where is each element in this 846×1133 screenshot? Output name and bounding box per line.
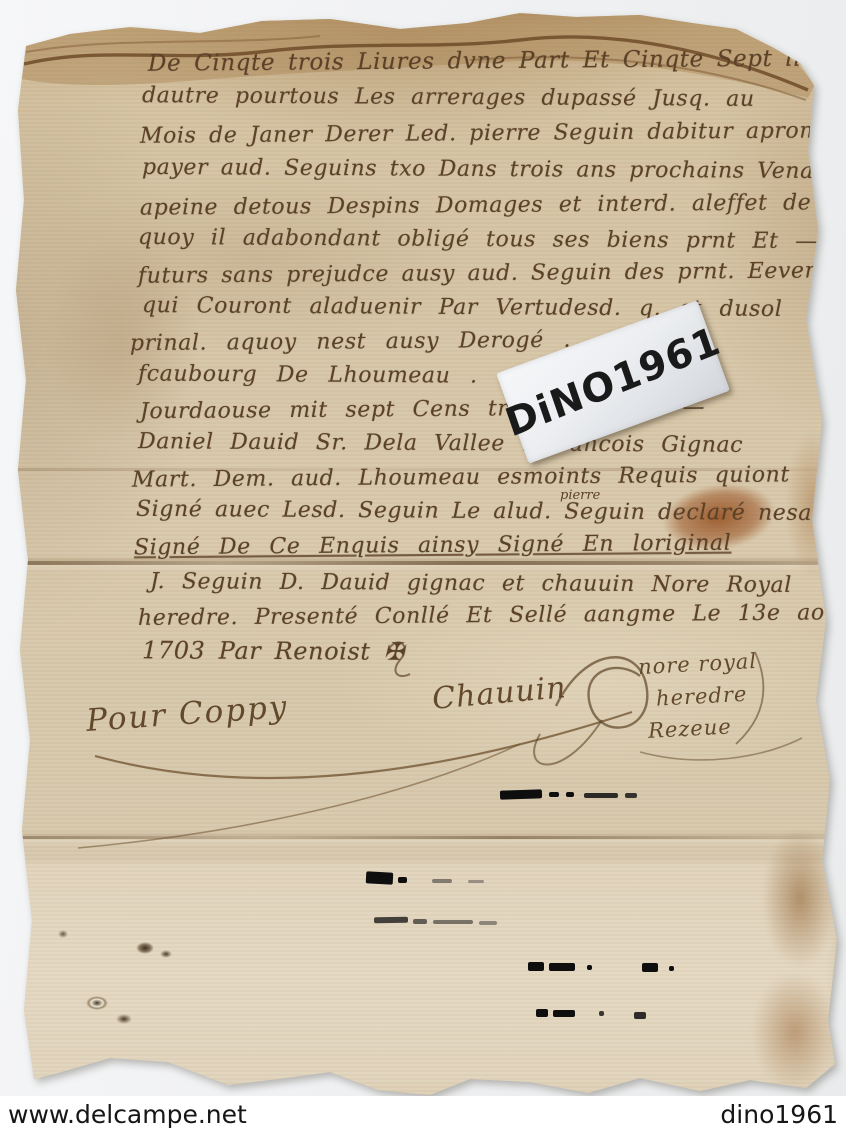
manuscript-line: De Cinqte trois Liures dvne Part Et Cinq… — [148, 47, 846, 76]
paper-shadow-wrap: De Cinqte trois Liures dvne Part Et Cinq… — [0, 0, 846, 1133]
manuscript-line: heredre. Presenté Conllé Et Sellé aangme… — [138, 602, 846, 630]
watermark-site-text: www.delcampe.net — [8, 1100, 247, 1129]
manuscript-line: Signé De Ce Enquis ainsy Signé En lorigi… — [134, 533, 732, 560]
photo-background: De Cinqte trois Liures dvne Part Et Cinq… — [0, 0, 846, 1133]
manuscript-line: Mois de Janer Derer Led. pierre Seguin d… — [140, 120, 840, 147]
document-paper: De Cinqte trois Liures dvne Part Et Cinq… — [0, 0, 846, 1133]
manuscript-line: apeine detous Despins Domages et interd.… — [140, 192, 812, 219]
manuscript-line: 1703 Par Renoist ✠ — [142, 638, 405, 664]
watermark-bar: www.delcampe.net dino1961 — [0, 1096, 846, 1133]
manuscript-line: Signé auec Lesd. Seguin Le alud. Seguin … — [136, 499, 846, 525]
manuscript-line: Daniel Dauid Sr. Dela Vallee . . ancois … — [138, 431, 743, 457]
manuscript-line: futurs sans prejudce ausy aud. Seguin de… — [138, 260, 843, 288]
manuscript-line: payer aud. Seguins txo Dans trois ans pr… — [142, 157, 838, 183]
notary-attribution-block: nore royal heredre Rezeue — [638, 648, 757, 744]
manuscript-line: Mart. Dem. aud. Lhoumeau esmoints Requis… — [132, 464, 790, 491]
manuscript-line: dautre pourtous Les arrerages dupassé Ju… — [142, 85, 755, 111]
manuscript-text-block: De Cinqte trois Liures dvne Part Et Cinq… — [0, 0, 846, 1133]
manuscript-line: J. Seguin D. Dauid gignac et chauuin Nor… — [150, 571, 792, 597]
manuscript-line: quoy il adabondant obligé tous ses biens… — [138, 227, 818, 253]
watermark-seller-text: dino1961 — [720, 1100, 838, 1129]
interlinear-note: pierre — [560, 488, 600, 503]
notary-attribution-line: Rezeue — [647, 709, 758, 747]
